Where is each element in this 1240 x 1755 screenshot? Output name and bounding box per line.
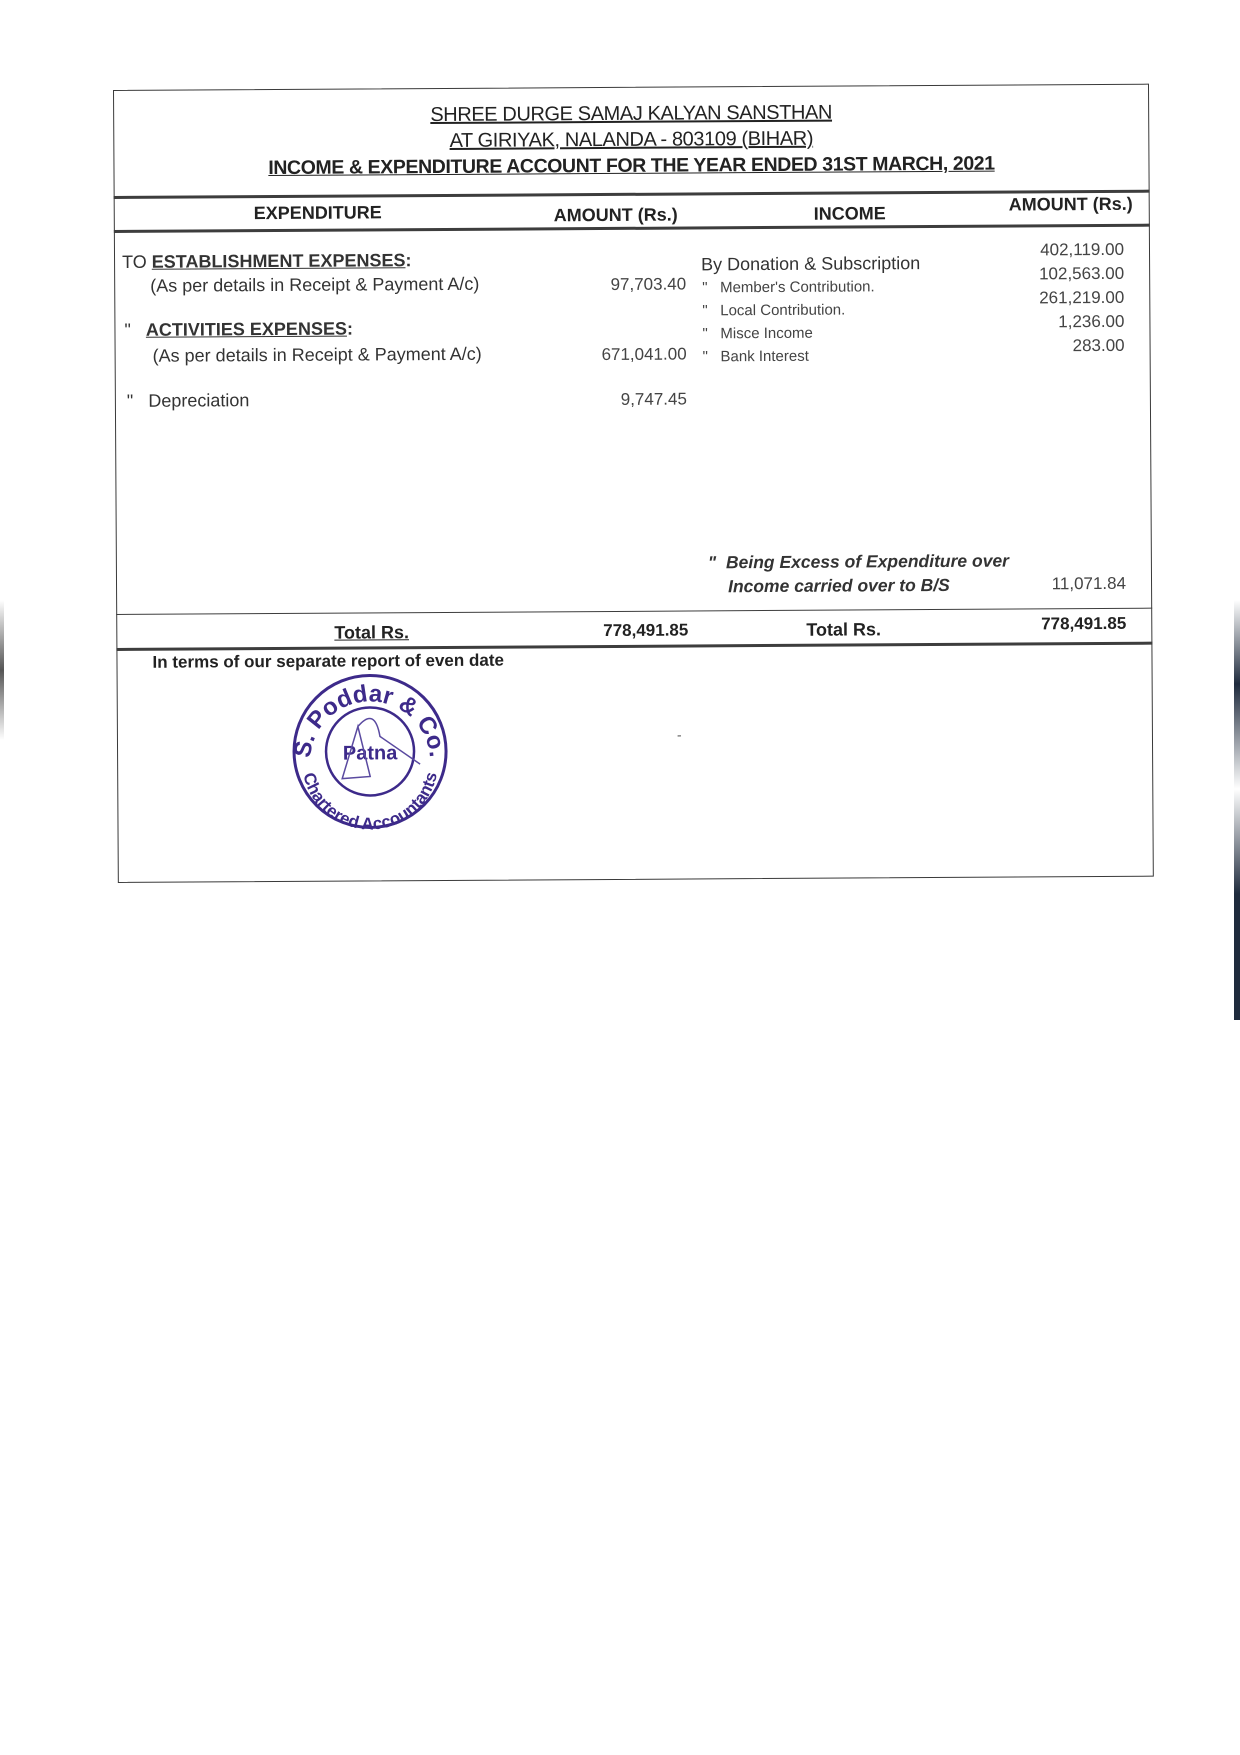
col-income: INCOME — [814, 203, 886, 224]
scan-edge-left — [0, 600, 4, 740]
total-right-label: Total Rs. — [806, 619, 881, 640]
excess-line2: Income carried over to B/S — [728, 575, 950, 597]
total-right-amount: 778,491.85 — [976, 614, 1126, 635]
excess-amount: 11,071.84 — [976, 574, 1126, 595]
inc-local-amount: 261,219.00 — [974, 288, 1124, 309]
inc-local: " Local Contribution. — [702, 302, 845, 320]
exp-depreciation: " Depreciation — [127, 390, 250, 412]
exp-depreciation-amount: 9,747.45 — [535, 390, 687, 411]
total-left-amount: 778,491.85 — [536, 620, 688, 641]
exp-establishment-amount: 97,703.40 — [534, 275, 686, 296]
excess-line1: " Being Excess of Expenditure over — [708, 551, 1009, 574]
inc-bank-interest-amount: 283.00 — [975, 336, 1125, 357]
svg-text:Chartered Accountants: Chartered Accountants — [299, 770, 441, 834]
col-expenditure: EXPENDITURE — [254, 202, 382, 224]
total-left-label: Total Rs. — [334, 622, 409, 643]
scan-edge-right — [1234, 600, 1240, 1020]
auditor-stamp: S. Poddar & Co. Chartered Accountants Pa… — [280, 666, 461, 837]
col-amount-left: AMOUNT (Rs.) — [554, 205, 678, 227]
exp-activities-detail: (As per details in Receipt & Payment A/c… — [153, 344, 482, 367]
exp-establishment-heading: TO ESTABLISHMENT EXPENSES: — [122, 250, 412, 273]
exp-activities-heading: " ACTIVITIES EXPENSES: — [124, 319, 353, 341]
inc-bank-interest: " Bank Interest — [703, 348, 809, 366]
inc-members-amount: 102,563.00 — [974, 264, 1124, 285]
exp-establishment-detail: (As per details in Receipt & Payment A/c… — [150, 274, 479, 297]
svg-text:Patna: Patna — [343, 742, 398, 764]
footer-dash: - — [677, 727, 682, 743]
inc-donation-amount: 402,119.00 — [974, 240, 1124, 261]
exp-activities-amount: 671,041.00 — [535, 345, 687, 366]
inc-misce: " Misce Income — [702, 325, 812, 343]
col-amount-right: AMOUNT (Rs.) — [1009, 194, 1133, 216]
income-expenditure-statement: SHREE DURGE SAMAJ KALYAN SANSTHAN AT GIR… — [113, 84, 1154, 883]
inc-members: " Member's Contribution. — [702, 278, 875, 296]
inc-misce-amount: 1,236.00 — [974, 312, 1124, 333]
inc-donation: By Donation & Subscription — [701, 253, 920, 275]
statement-header: SHREE DURGE SAMAJ KALYAN SANSTHAN AT GIR… — [113, 98, 1149, 182]
